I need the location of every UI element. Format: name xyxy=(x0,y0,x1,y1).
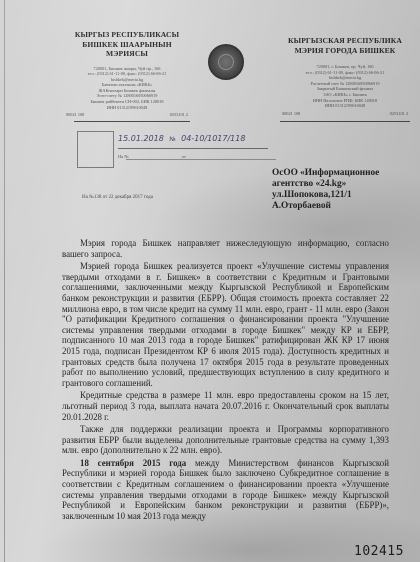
letterhead-title-line: МЭРИЯ ГОРОДА БИШКЕК xyxy=(282,46,408,56)
request-reference: На №138 от 22 декабря 2017 года xyxy=(82,195,153,200)
outgoing-number: 04-10/1017/118 xyxy=(181,134,245,143)
paragraph-grant: Также для поддержки реализации проекта и… xyxy=(62,424,389,456)
letterhead-code-right: 0253101 2 xyxy=(390,111,408,116)
letterhead-detail-line: ИНН 01312199610048 xyxy=(66,105,188,111)
recipient-line: ул.Шопокова,121/1 xyxy=(272,190,417,201)
subcredit-date: 18 сентября 2015 года xyxy=(80,458,186,468)
letterhead-title-line: БИШКЕК ШААРЫНЫН xyxy=(66,40,188,50)
recipient-address: ОсОО «Информационное агентство «24.kg» у… xyxy=(272,168,417,212)
letterhead-russian: КЫРГЫЗСКАЯ РЕСПУБЛИКА МЭРИЯ ГОРОДА БИШКЕ… xyxy=(282,30,408,116)
recipient-line: ОсОО «Информационное xyxy=(272,168,417,179)
letterhead-title-line: КЫРГЫЗСКАЯ РЕСПУБЛИКА xyxy=(282,36,408,46)
state-emblem-icon xyxy=(208,44,244,80)
document-number: 102415 xyxy=(354,544,404,559)
number-sign: № xyxy=(169,136,175,143)
letterhead-code-left: 00021 108 xyxy=(66,112,84,117)
letterhead-kyrgyz: КЫРГЫЗ РЕСПУБЛИКАСЫ БИШКЕК ШААРЫНЫН МЭРИ… xyxy=(66,30,188,117)
paragraph-intro: Мэрия города Бишкек направляет нижеследу… xyxy=(62,238,389,259)
paragraph-credit: Кредитные средства в размере 11 млн. евр… xyxy=(62,390,389,422)
letterhead-rule-right xyxy=(280,121,410,122)
page-fold-line xyxy=(4,0,5,562)
letterhead-title-line: МЭРИЯСЫ xyxy=(66,49,188,59)
letterhead-title-line: КЫРГЫЗ РЕСПУБЛИКАСЫ xyxy=(66,30,188,40)
letterhead-code-left: 00021 108 xyxy=(282,111,300,116)
registration-stamp-box xyxy=(77,131,114,168)
paragraph-subcredit: 18 сентября 2015 года между Министерство… xyxy=(62,458,389,522)
letterhead-detail-line: ИНН 01312199610048 xyxy=(282,103,408,109)
outgoing-date-number: 15.01.2018 № 04-10/1017/118 xyxy=(118,134,268,149)
recipient-line: А.Оторбаевой xyxy=(272,201,417,212)
recipient-line: агентство «24.kg» xyxy=(272,179,417,190)
letterhead-code-right: 0253101 2 xyxy=(170,112,188,117)
paragraph-project: Мэрией города Бишкек реализуется проект … xyxy=(62,261,389,388)
letter-body: Мэрия города Бишкек направляет нижеследу… xyxy=(62,238,389,523)
incoming-reference-line xyxy=(126,159,276,160)
letterhead-rule-left xyxy=(74,121,190,122)
outgoing-date: 15.01.2018 xyxy=(118,134,164,143)
